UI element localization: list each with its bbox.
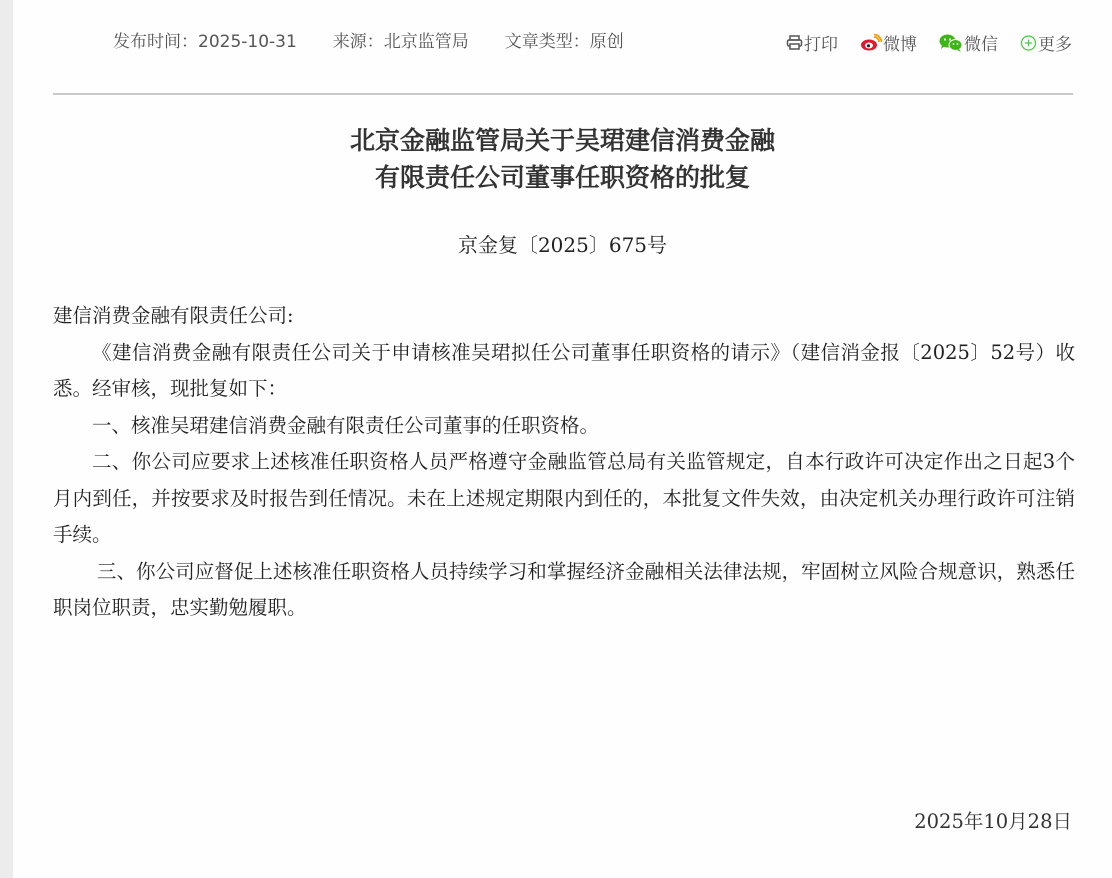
title-line-2: 有限责任公司董事任职资格的批复 bbox=[13, 159, 1112, 196]
weibo-share-button[interactable]: 微博 bbox=[860, 30, 917, 55]
article-type: 原创 bbox=[590, 32, 624, 52]
article-meta: 发布时间：2025-10-31来源：北京监管局文章类型：原创 bbox=[113, 29, 673, 56]
article-body: 建信消费金融有限责任公司: 《建信消费金融有限责任公司关于申请核准吴珺拟任公司董… bbox=[53, 298, 1075, 627]
signature-date: 2025年10月28日 bbox=[914, 806, 1072, 834]
title-line-1: 北京金融监管局关于吴珺建信消费金融 bbox=[13, 122, 1112, 159]
article-page: 发布时间：2025-10-31来源：北京监管局文章类型：原创 打印 微博 bbox=[13, 0, 1112, 878]
source: 北京监管局 bbox=[384, 32, 469, 52]
share-bar: 打印 微博 微信 bbox=[786, 30, 1072, 55]
document-number: 京金复〔2025〕675号 bbox=[13, 229, 1112, 258]
item-3: 三、你公司应督促上述核准任职资格人员持续学习和掌握经济金融相关法律法规，牢固树立… bbox=[53, 554, 1075, 627]
print-label: 打印 bbox=[804, 30, 838, 55]
more-label: 更多 bbox=[1038, 30, 1072, 55]
page-title: 北京金融监管局关于吴珺建信消费金融 有限责任公司董事任职资格的批复 bbox=[13, 122, 1112, 196]
item-2: 二、你公司应要求上述核准任职资格人员严格遵守金融监管总局有关监管规定，自本行政许… bbox=[53, 444, 1075, 554]
wechat-share-button[interactable]: 微信 bbox=[939, 30, 998, 55]
item-1: 一、核准吴珺建信消费金融有限责任公司董事的任职资格。 bbox=[53, 408, 1075, 445]
weibo-label: 微博 bbox=[883, 30, 917, 55]
plus-circle-icon bbox=[1020, 34, 1037, 51]
print-button[interactable]: 打印 bbox=[786, 30, 838, 55]
wechat-icon bbox=[939, 34, 963, 52]
salutation: 建信消费金融有限责任公司: bbox=[53, 298, 1075, 335]
weibo-icon bbox=[860, 34, 882, 52]
more-share-button[interactable]: 更多 bbox=[1020, 30, 1072, 55]
publish-time: 2025-10-31 bbox=[198, 32, 297, 52]
printer-icon bbox=[786, 34, 803, 51]
header-divider bbox=[53, 93, 1073, 95]
wechat-label: 微信 bbox=[964, 30, 998, 55]
publish-time-label: 发布时间： bbox=[113, 32, 198, 52]
source-label: 来源： bbox=[333, 32, 384, 52]
intro-paragraph: 《建信消费金融有限责任公司关于申请核准吴珺拟任公司董事任职资格的请示》（建信消金… bbox=[53, 335, 1075, 408]
type-label: 文章类型： bbox=[505, 32, 590, 52]
